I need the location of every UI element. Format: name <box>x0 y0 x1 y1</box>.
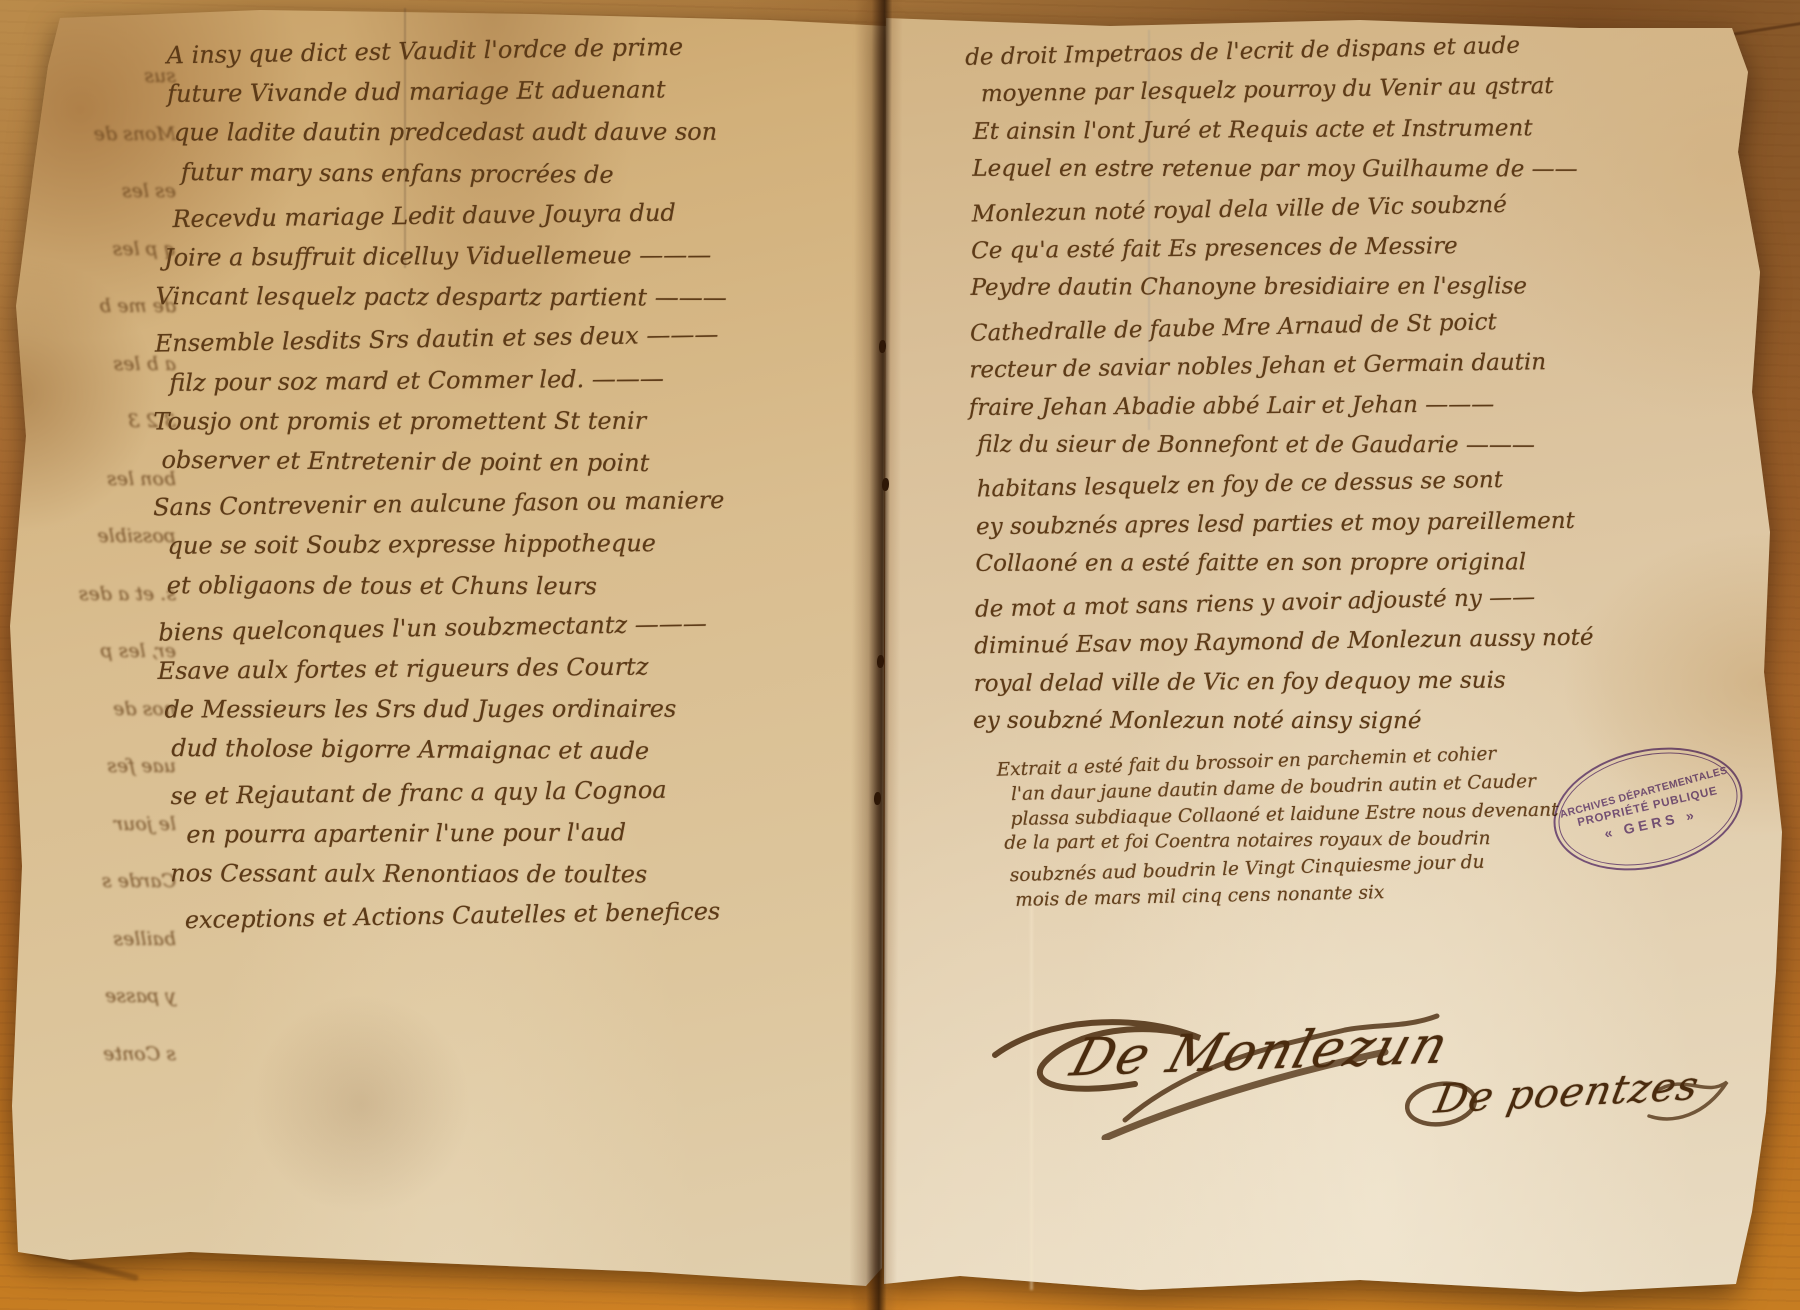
manuscript-line: exceptions et Actions Cautelles et benef… <box>154 890 835 943</box>
manuscript-line: filz du sieur de Bonnefont et de Gaudari… <box>963 426 1603 466</box>
manuscript-line: et obligaons de tous et Chuns leurs <box>151 565 831 608</box>
manuscript-line: de Messieurs les Srs dud Juges ordinaire… <box>149 689 829 731</box>
manuscript-line: ey soubzné Monlezun noté ainsy signé <box>958 702 1598 742</box>
manuscript-line: se et Rejautant de franc a quy la Cognoa <box>147 767 827 817</box>
manuscript-line: Esave aulx fortes et rigueurs des Courtz <box>150 645 830 692</box>
manuscript-line: Lequel en estre retenue par moy Guilhaum… <box>958 150 1598 190</box>
manuscript-line: royal delad ville de Vic en foy dequoy m… <box>959 660 1599 704</box>
manuscript-line: Ce qu'a esté fait Es presences de Messir… <box>956 226 1596 272</box>
document-photo: susMons dees lesq p lesde me ba b les3 2… <box>0 0 1800 1310</box>
manuscript-line: ey soubznés apres lesd parties et moy pa… <box>961 501 1601 547</box>
extract-note-text: Extrait a esté fait du brossoir en parch… <box>1000 742 1593 915</box>
stitch-mark <box>879 340 886 353</box>
manuscript-line: Tousjo ont promis et promettent St tenir <box>146 400 826 442</box>
manuscript-line: Vincant lesquelz pactz despartz partient… <box>148 276 828 319</box>
manuscript-line: diminué Esav moy Raymond de Monlezun aus… <box>959 619 1599 668</box>
stitch-mark <box>882 478 889 491</box>
stitch-mark <box>874 792 881 805</box>
manuscript-line: futur mary sans enfans procrées de <box>150 151 830 196</box>
signature-poentzes: De poentzes <box>1405 1052 1735 1162</box>
manuscript-line: dud tholose bigorre Armaignac et aude <box>148 728 828 773</box>
right-page-text: de droit Impetraos de l'ecrit de dispans… <box>954 29 1601 745</box>
left-page-text: A insy que dict est Vaudit l'ordce de pr… <box>148 28 833 938</box>
manuscript-line: Joire a bsuffruit dicelluy Viduellemeue … <box>149 234 829 279</box>
binding-gutter <box>849 0 903 1310</box>
stitch-mark <box>877 655 884 668</box>
manuscript-line: Et ainsin l'ont Juré et Requis acte et I… <box>958 109 1598 153</box>
manuscript-line: filz pour soz mard et Commer led. ——— <box>146 357 826 404</box>
manuscript-line: que se soit Soubz expresse hippotheque <box>152 523 832 568</box>
manuscript-line: Recevdu mariage Ledit dauve Jouyra dud <box>149 190 829 240</box>
manuscript-line: nos Cessant aulx Renontiaos de toultes <box>155 853 835 896</box>
manuscript-line: recteur de saviar nobles Jehan et Germai… <box>955 343 1595 392</box>
manuscript-line: que ladite dautin predcedast audt dauve … <box>151 112 831 154</box>
manuscript-line: observer et Entretenir de point en point <box>154 440 834 485</box>
manuscript-line: y passe <box>26 968 176 1026</box>
manuscript-line: en pourra apartenir l'une pour l'aud <box>156 811 836 856</box>
manuscript-line: Sans Contrevenir en aulcune fason ou man… <box>153 479 833 529</box>
manuscript-line: future Vivande dud mariage Et aduenant <box>152 68 832 115</box>
manuscript-line: fraire Jehan Abadie abbé Lair et Jehan —… <box>954 385 1594 429</box>
signature-monlezun: De Monlezun <box>985 1000 1455 1140</box>
manuscript-line: s Conte <box>26 1026 176 1084</box>
manuscript-line: moyenne par lesquelz pourroy du Venir au… <box>959 67 1599 116</box>
